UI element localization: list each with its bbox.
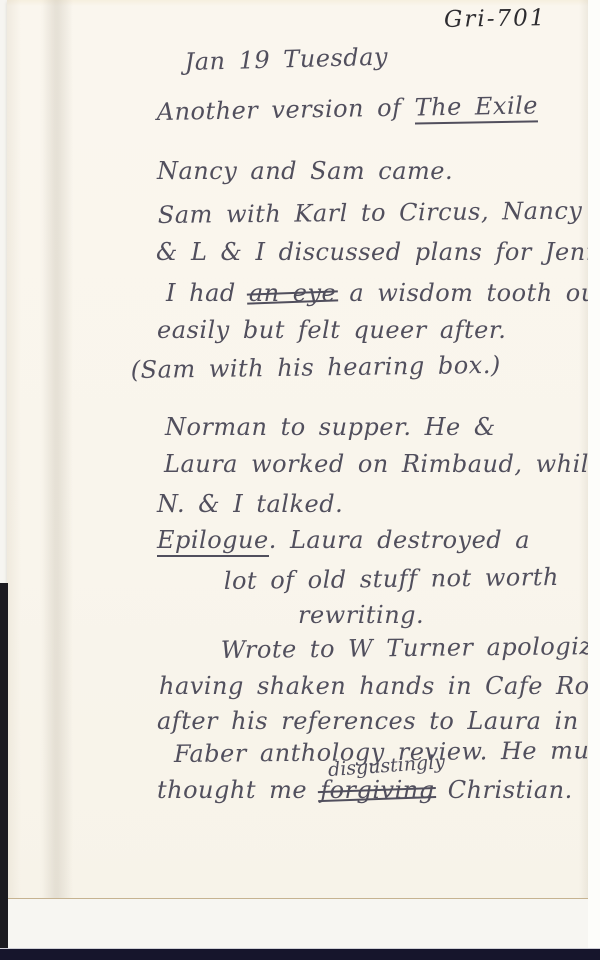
handwritten-line: Epilogue. Laura destroyed a bbox=[157, 526, 530, 554]
line-text: a wisdom tooth out bbox=[336, 279, 600, 307]
handwritten-line: Norman to supper. He & bbox=[165, 413, 496, 441]
handwritten-line: I had an eye a wisdom tooth out bbox=[166, 279, 600, 307]
handwritten-line: easily but felt queer after. bbox=[157, 316, 506, 344]
struck-text: an eye bbox=[249, 279, 336, 307]
underlined-heading: Epilogue bbox=[157, 526, 269, 557]
handwritten-line: rewriting. bbox=[298, 601, 424, 629]
catalog-number: Gri-701 bbox=[444, 5, 547, 33]
struck-text: forgivingdisgustingly bbox=[320, 776, 434, 804]
handwritten-line: after his references to Laura in the bbox=[157, 707, 600, 735]
handwritten-line: lot of old stuff not worth bbox=[224, 563, 559, 595]
handwritten-line: Nancy and Sam came. bbox=[157, 157, 453, 185]
scan-margin-right bbox=[588, 0, 600, 948]
handwritten-line: Sam with Karl to Circus, Nancy bbox=[158, 197, 583, 229]
line-text: Another version of bbox=[157, 94, 415, 126]
handwritten-line: Laura worked on Rimbaud, while bbox=[164, 450, 600, 478]
line-text: Christian. bbox=[435, 776, 573, 804]
handwritten-line: Wrote to W Turner apologizing for bbox=[221, 631, 600, 664]
scan-margin-bottom bbox=[0, 899, 600, 948]
handwritten-line: N. & I talked. bbox=[157, 490, 343, 518]
paper-crease bbox=[43, 0, 73, 898]
handwritten-line: & L & I discussed plans for Jenny. bbox=[156, 238, 600, 266]
line-text: I had bbox=[166, 279, 249, 307]
line-text: thought me bbox=[157, 776, 320, 804]
handwritten-line: having shaken hands in Cafe Royal bbox=[159, 672, 600, 700]
underlined-title: The Exile bbox=[414, 91, 538, 124]
scan-edge-bottom bbox=[0, 948, 600, 960]
handwritten-line: Another version of The Exile bbox=[157, 91, 539, 126]
handwritten-line: thought me forgivingdisgustingly Christi… bbox=[157, 776, 573, 804]
scan-edge-left bbox=[0, 583, 8, 949]
handwritten-line-date: Jan 19 Tuesday bbox=[184, 43, 388, 76]
line-text: . Laura destroyed a bbox=[269, 526, 530, 554]
handwritten-line: (Sam with his hearing box.) bbox=[131, 351, 501, 384]
